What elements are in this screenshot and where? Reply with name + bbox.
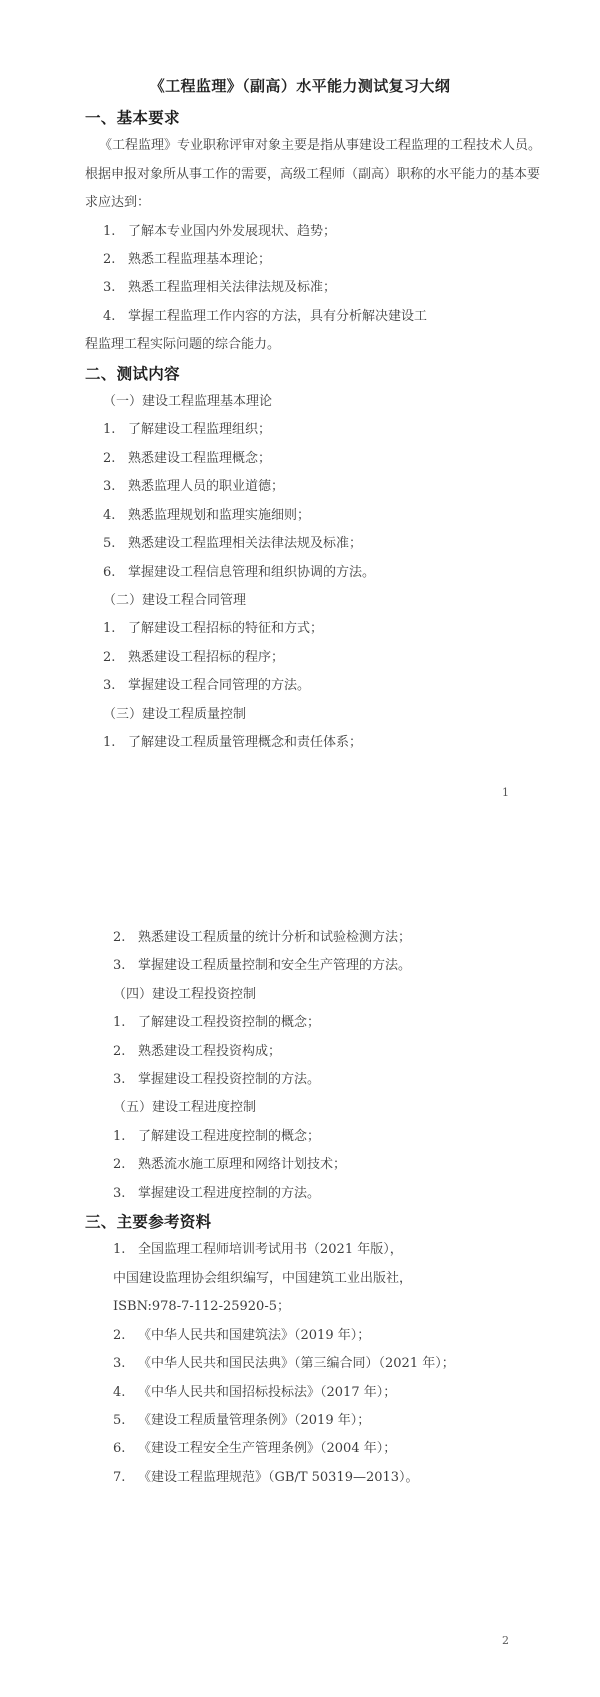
intro-line: 《工程监理》专业职称评审对象主要是指从事建设工程监理的工程技术人员。 (0, 132, 600, 160)
list-item: 3.熟悉监理人员的职业道德； (0, 473, 600, 501)
subsection-heading: （四）建设工程投资控制 (0, 981, 600, 1009)
page-2: 2.熟悉建设工程质量的统计分析和试验检测方法； 3.掌握建设工程质量控制和安全生… (0, 848, 600, 1697)
list-item-number: 3. (103, 274, 128, 302)
list-item-number: 6. (103, 559, 128, 587)
list-item-text: 熟悉工程监理基本理论； (128, 252, 271, 267)
list-item: 2.《中华人民共和国建筑法》（2019 年）； (0, 1322, 600, 1350)
list-item-text: 《建设工程监理规范》（GB/T 50319—2013）。 (138, 1470, 419, 1485)
list-item: 1.了解建设工程质量管理概念和责任体系； (0, 729, 600, 757)
list-item-number: 3. (103, 672, 128, 700)
list-item: 3.掌握建设工程质量控制和安全生产管理的方法。 (0, 952, 600, 980)
list-item: 3.掌握建设工程投资控制的方法。 (0, 1066, 600, 1094)
list-item: 2.熟悉流水施工原理和网络计划技术； (0, 1151, 600, 1179)
subsection-heading: （一）建设工程监理基本理论 (0, 388, 600, 416)
list-item-number: 1. (103, 416, 128, 444)
list-item-text: 了解建设工程质量管理概念和责任体系； (128, 735, 362, 750)
list-item-number: 3. (113, 1180, 138, 1208)
list-item: 2.熟悉工程监理基本理论； (0, 246, 600, 274)
subsection-heading: （三）建设工程质量控制 (0, 701, 600, 729)
list-item-number: 1. (113, 1236, 138, 1264)
list-item: 3.熟悉工程监理相关法律法规及标准； (0, 274, 600, 302)
list-item: 4.熟悉监理规划和监理实施细则； (0, 502, 600, 530)
list-item-number: 2. (113, 924, 138, 952)
list-item-wrap-line: 中国建设监理协会组织编写，中国建筑工业出版社， (0, 1265, 600, 1293)
list-item-text: 熟悉建设工程投资构成； (138, 1044, 281, 1059)
list-item-text: 《建设工程安全生产管理条例》（2004 年）； (138, 1441, 396, 1456)
list-item-wrap-line: ISBN:978-7-112-25920-5； (0, 1293, 600, 1321)
list-item: 6.《建设工程安全生产管理条例》（2004 年）； (0, 1435, 600, 1463)
list-item-number: 1. (103, 615, 128, 643)
list-item: 2.熟悉建设工程监理概念； (0, 445, 600, 473)
list-item-text: 熟悉监理人员的职业道德； (128, 479, 284, 494)
list-item-number: 2. (103, 445, 128, 473)
list-item-text: 《中华人民共和国建筑法》（2019 年）； (138, 1328, 370, 1343)
list-item: 6.掌握建设工程信息管理和组织协调的方法。 (0, 559, 600, 587)
list-item: 4.《中华人民共和国招标投标法》（2017 年）； (0, 1379, 600, 1407)
list-item-text: 熟悉建设工程质量的统计分析和试验检测方法； (138, 930, 411, 945)
page-1: 《工程监理》（副高）水平能力测试复习大纲 一、基本要求 《工程监理》专业职称评审… (0, 0, 600, 848)
list-item-number: 1. (103, 218, 128, 246)
list-item-number: 2. (113, 1038, 138, 1066)
list-item-number: 1. (113, 1009, 138, 1037)
list-item-number: 7. (113, 1464, 138, 1492)
list-item-text: 熟悉建设工程监理概念； (128, 451, 271, 466)
list-item: 1.了解建设工程进度控制的概念； (0, 1123, 600, 1151)
list-item-text: 了解建设工程招标的特征和方式； (128, 621, 323, 636)
list-item: 3.掌握建设工程进度控制的方法。 (0, 1180, 600, 1208)
list-item-number: 3. (113, 952, 138, 980)
list-item-text: 掌握建设工程投资控制的方法。 (138, 1072, 320, 1087)
list-item-text: 了解本专业国内外发展现状、趋势； (128, 224, 336, 239)
subsection-heading: （二）建设工程合同管理 (0, 587, 600, 615)
list-item-number: 4. (103, 502, 128, 530)
doc-title: 《工程监理》（副高）水平能力测试复习大纲 (0, 0, 600, 98)
list-item: 3.《中华人民共和国民法典》（第三编合同）（2021 年）； (0, 1350, 600, 1378)
list-item-number: 3. (113, 1350, 138, 1378)
list-item-text: 掌握建设工程进度控制的方法。 (138, 1186, 320, 1201)
list-item-text: 熟悉建设工程招标的程序； (128, 650, 284, 665)
section-heading-basic-requirements: 一、基本要求 (0, 104, 600, 132)
list-item-number: 3. (103, 473, 128, 501)
list-item: 5.《建设工程质量管理条例》（2019 年）； (0, 1407, 600, 1435)
list-item-number: 5. (113, 1407, 138, 1435)
page-number: 1 (502, 786, 509, 799)
list-item-number: 2. (103, 246, 128, 274)
intro-line: 根据申报对象所从事工作的需要，高级工程师（副高）职称的水平能力的基本要 (0, 161, 600, 189)
page-number: 2 (502, 1634, 509, 1647)
list-item: 1.全国监理工程师培训考试用书（2021 年版）， (0, 1236, 600, 1264)
list-item-number: 1. (103, 729, 128, 757)
list-item-text: 《建设工程质量管理条例》（2019 年）； (138, 1413, 370, 1428)
list-item: 2.熟悉建设工程投资构成； (0, 1038, 600, 1066)
list-item-text: 了解建设工程进度控制的概念； (138, 1129, 320, 1144)
intro-line: 求应达到： (0, 189, 600, 217)
list-item-number: 4. (103, 303, 128, 331)
list-item: 1.了解本专业国内外发展现状、趋势； (0, 218, 600, 246)
list-item-number: 1. (113, 1123, 138, 1151)
list-item-text: 熟悉工程监理相关法律法规及标准； (128, 280, 336, 295)
list-item: 1.了解建设工程招标的特征和方式； (0, 615, 600, 643)
list-item-number: 4. (113, 1379, 138, 1407)
list-item: 2.熟悉建设工程质量的统计分析和试验检测方法； (0, 848, 600, 952)
list-item-text: 熟悉流水施工原理和网络计划技术； (138, 1157, 346, 1172)
list-item-number: 2. (103, 644, 128, 672)
list-item-number: 2. (113, 1151, 138, 1179)
list-item-text: 掌握建设工程合同管理的方法。 (128, 678, 310, 693)
list-item: 5.熟悉建设工程监理相关法律法规及标准； (0, 530, 600, 558)
list-item-number: 5. (103, 530, 128, 558)
list-item-text: 掌握建设工程信息管理和组织协调的方法。 (128, 565, 375, 580)
subsection-heading: （五）建设工程进度控制 (0, 1094, 600, 1122)
list-item-text: 熟悉监理规划和监理实施细则； (128, 508, 310, 523)
list-item-wrap-line: 程监理工程实际问题的综合能力。 (0, 331, 600, 359)
list-item: 3.掌握建设工程合同管理的方法。 (0, 672, 600, 700)
list-item: 1.了解建设工程监理组织； (0, 416, 600, 444)
section-heading-references: 三、主要参考资料 (0, 1208, 600, 1236)
list-item-number: 3. (113, 1066, 138, 1094)
list-item-number: 6. (113, 1435, 138, 1463)
list-item: 2.熟悉建设工程招标的程序； (0, 644, 600, 672)
list-item-text: 《中华人民共和国招标投标法》（2017 年）； (138, 1385, 396, 1400)
list-item: 7.《建设工程监理规范》（GB/T 50319—2013）。 (0, 1464, 600, 1492)
list-item-text: 了解建设工程投资控制的概念； (138, 1015, 320, 1030)
list-item-text: 《中华人民共和国民法典》（第三编合同）（2021 年）； (138, 1356, 455, 1371)
list-item-text: 掌握工程监理工作内容的方法，具有分析解决建设工 (128, 309, 427, 324)
document-viewer: 《工程监理》（副高）水平能力测试复习大纲 一、基本要求 《工程监理》专业职称评审… (0, 0, 600, 1697)
list-item-text: 全国监理工程师培训考试用书（2021 年版）， (138, 1242, 403, 1257)
list-item: 1.了解建设工程投资控制的概念； (0, 1009, 600, 1037)
list-item: 4.掌握工程监理工作内容的方法，具有分析解决建设工 (0, 303, 600, 331)
list-item-text: 掌握建设工程质量控制和安全生产管理的方法。 (138, 958, 411, 973)
list-item-text: 熟悉建设工程监理相关法律法规及标准； (128, 536, 362, 551)
list-item-number: 2. (113, 1322, 138, 1350)
list-item-text: 了解建设工程监理组织； (128, 422, 271, 437)
section-heading-test-content: 二、测试内容 (0, 360, 600, 388)
